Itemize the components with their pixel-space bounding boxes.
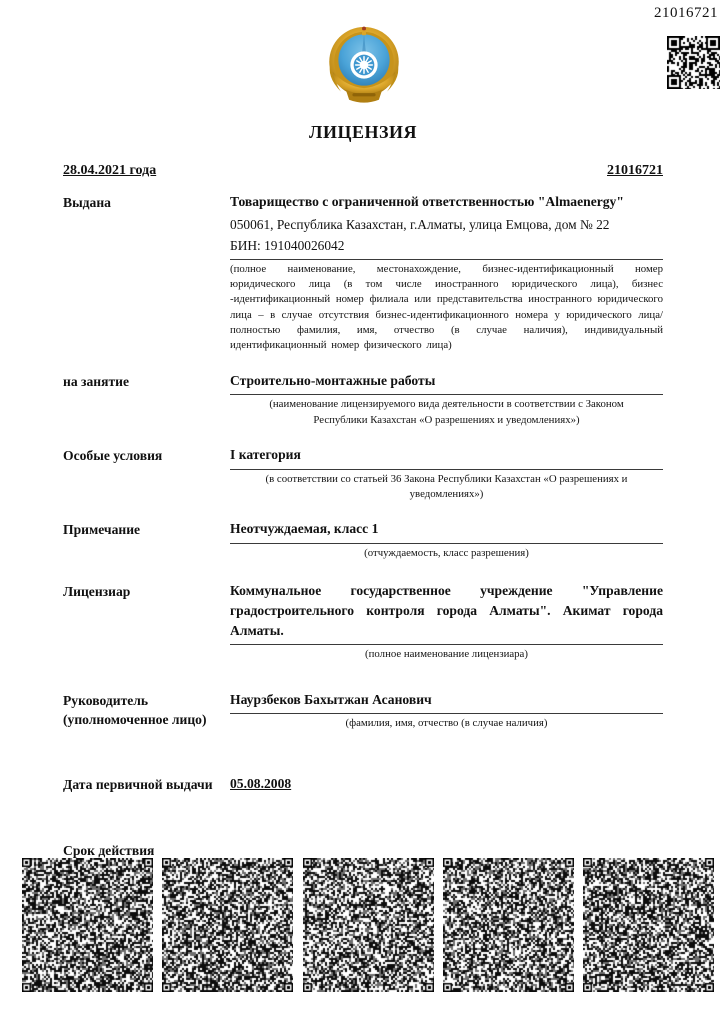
first-issue-value: 05.08.2008 <box>230 774 663 794</box>
special-conditions-value: I категория <box>230 445 663 465</box>
field-activity: на занятие Строительно-монтажные работы … <box>63 371 663 428</box>
licensee-address: 050061, Республика Казахстан, г.Алматы, … <box>230 216 663 233</box>
head-value: Наурзбеков Бахытжан Асанович <box>230 690 663 710</box>
field-licensor: Лицензиар Коммунальное государственное у… <box>63 581 663 662</box>
field-special-conditions: Особые условия I категория (в соответств… <box>63 445 663 502</box>
document-body: ЛИЦЕНЗИЯ 28.04.2021 года 21016721 Выдана… <box>63 122 663 941</box>
activity-value: Строительно-монтажные работы <box>230 371 663 391</box>
licensee-bin: БИН: 191040026042 <box>230 237 663 254</box>
field-head: Руководитель (уполномоченное лицо) Наурз… <box>63 690 663 732</box>
noise-barcode-5 <box>583 858 714 992</box>
special-conditions-note: (в соответствии со статьей 36 Закона Рес… <box>230 470 663 503</box>
noise-barcode-4 <box>443 858 574 992</box>
noise-barcode-1 <box>22 858 153 992</box>
licensor-value: Коммунальное государственное учреждение … <box>230 581 663 640</box>
field-issued-to: Выдана Товарищество с ограниченной ответ… <box>63 192 663 354</box>
barcode-strip <box>22 858 714 993</box>
document-number-top: 21016721 <box>654 5 718 22</box>
remark-label: Примечание <box>63 519 230 561</box>
license-document: 21016721 <box>0 0 725 1024</box>
noise-barcode-3 <box>303 858 434 992</box>
document-title: ЛИЦЕНЗИЯ <box>63 122 663 143</box>
remark-value: Неотчуждаемая, класс 1 <box>230 519 663 539</box>
head-note: (фамилия, имя, отчество (в случае наличи… <box>230 714 663 731</box>
issued-to-label: Выдана <box>63 192 230 354</box>
activity-note: (наименование лицензируемого вида деятел… <box>230 395 663 428</box>
qr-code-icon <box>667 36 720 89</box>
first-issue-label: Дата первичной выдачи <box>63 774 230 795</box>
licensor-label: Лицензиар <box>63 581 230 662</box>
activity-label: на занятие <box>63 371 230 428</box>
field-first-issue: Дата первичной выдачи 05.08.2008 <box>63 774 663 795</box>
noise-barcode-2 <box>162 858 293 992</box>
licensee-name: Товарищество с ограниченной ответственно… <box>230 192 663 212</box>
license-number: 21016721 <box>607 163 663 179</box>
issued-to-note: (полное наименование, местонахождение, б… <box>230 260 663 354</box>
special-conditions-label: Особые условия <box>63 445 230 502</box>
date-number-row: 28.04.2021 года 21016721 <box>63 163 663 179</box>
issue-date: 28.04.2021 года <box>63 163 156 179</box>
kazakhstan-emblem-icon <box>322 22 406 108</box>
licensor-note: (полное наименование лицензиара) <box>230 645 663 662</box>
remark-note: (отчуждаемость, класс разрешения) <box>230 544 663 561</box>
field-remark: Примечание Неотчуждаемая, класс 1 (отчуж… <box>63 519 663 561</box>
head-label: Руководитель (уполномоченное лицо) <box>63 690 230 732</box>
